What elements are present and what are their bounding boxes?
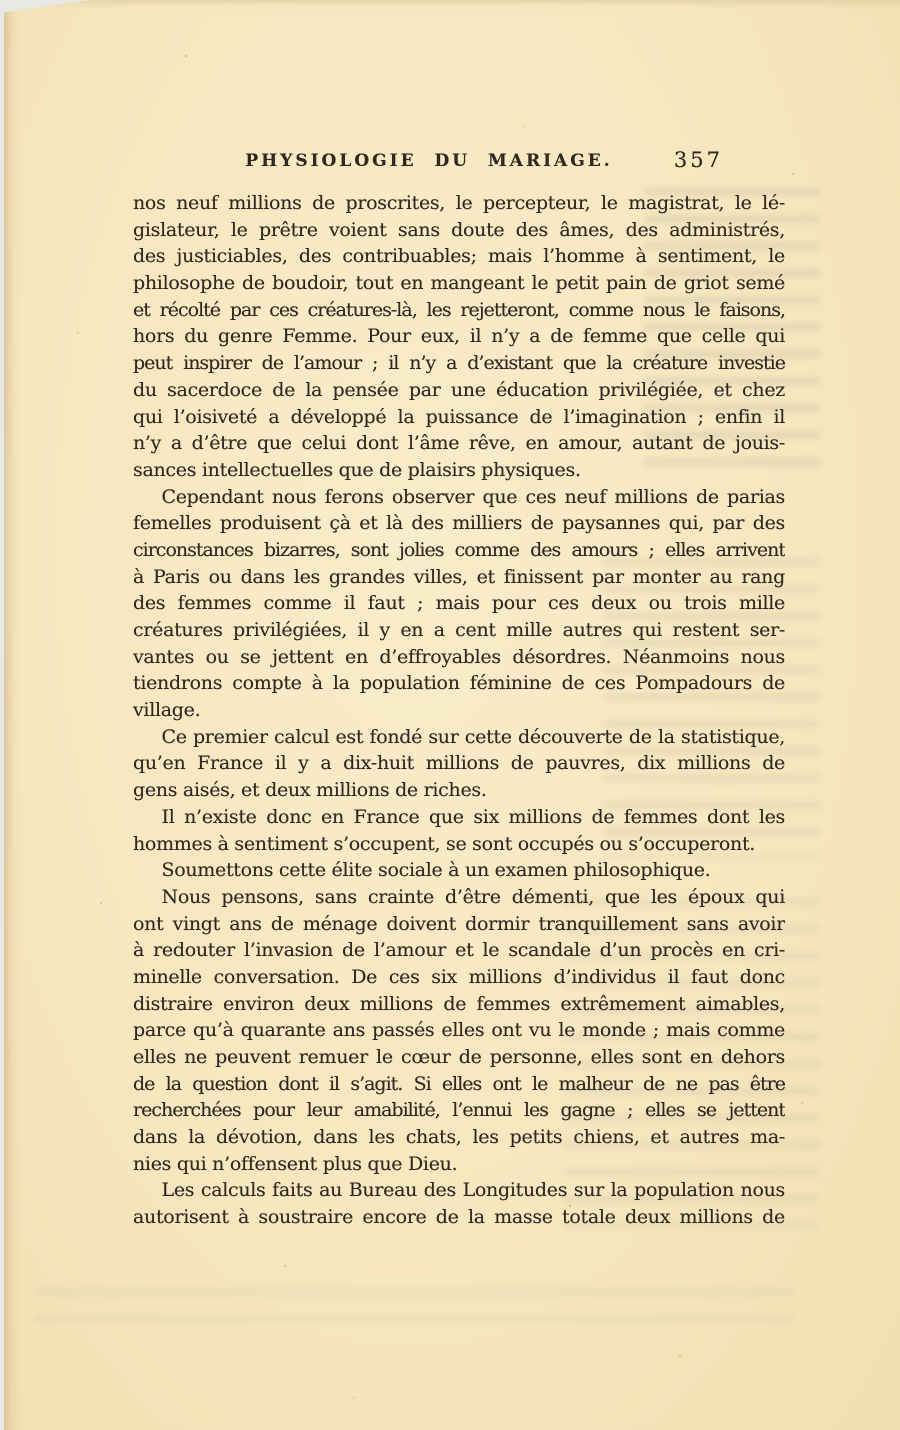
- text-line: nies qui n’offensent plus que Dieu.: [133, 1151, 785, 1178]
- paragraph: Soumettons cette élite sociale à un exam…: [133, 857, 785, 884]
- text-line: des femmes comme il faut ; mais pour ces…: [133, 590, 785, 617]
- text-line: dans la dévotion, dans les chats, les pe…: [133, 1124, 785, 1151]
- text-line: gislateur, le prêtre voient sans doute d…: [133, 217, 785, 244]
- paragraph: nos neuf millions de proscrites, le perc…: [133, 190, 785, 484]
- ink-showthrough: [34, 1288, 794, 1322]
- text-line: distraire environ deux millions de femme…: [133, 991, 785, 1018]
- text-line: qu’en France il y a dix-huit millions de…: [133, 750, 785, 777]
- text-line: Ce premier calcul est fondé sur cette dé…: [133, 724, 785, 751]
- text-line: des justiciables, des contribuables; mai…: [133, 243, 785, 270]
- scanner-background: PHYSIOLOGIE DU MARIAGE. 357 nos neuf mil…: [0, 0, 900, 1430]
- text-line: de la question dont il s’agit. Si elles …: [133, 1071, 785, 1098]
- text-line: qui l’oisiveté a développé la puissance …: [133, 404, 785, 431]
- text-line: parce qu’à quarante ans passés elles ont…: [133, 1017, 785, 1044]
- page-number: 357: [674, 148, 723, 172]
- text-line: nos neuf millions de proscrites, le perc…: [133, 190, 785, 217]
- text-line: à Paris ou dans les grandes villes, et f…: [133, 564, 785, 591]
- body-text: nos neuf millions de proscrites, le perc…: [133, 190, 785, 1231]
- text-line: Il n’existe donc en France que six milli…: [133, 804, 785, 831]
- text-line: du sacerdoce de la pensée par une éducat…: [133, 377, 785, 404]
- paragraph: Cependant nous ferons observer que ces n…: [133, 484, 785, 724]
- book-page: PHYSIOLOGIE DU MARIAGE. 357 nos neuf mil…: [4, 0, 900, 1430]
- text-line: minelle conversation. De ces six million…: [133, 964, 785, 991]
- running-head: PHYSIOLOGIE DU MARIAGE. 357: [133, 151, 785, 177]
- text-line: hors du genre Femme. Pour eux, il n’y a …: [133, 323, 785, 350]
- text-line: village.: [133, 697, 785, 724]
- text-line: peut inspirer de l’amour ; il n’y a d’ex…: [133, 350, 785, 377]
- page-title: PHYSIOLOGIE DU MARIAGE.: [245, 151, 612, 171]
- text-line: circonstances bizarres, sont jolies comm…: [133, 537, 785, 564]
- paragraph: Ce premier calcul est fondé sur cette dé…: [133, 724, 785, 804]
- text-line: sances intellectuelles que de plaisirs p…: [133, 457, 785, 484]
- page-content: PHYSIOLOGIE DU MARIAGE. 357 nos neuf mil…: [133, 0, 785, 1231]
- text-line: gens aisés, et deux millions de riches.: [133, 777, 785, 804]
- text-line: hommes à sentiment s’occupent, se sont o…: [133, 831, 785, 858]
- text-line: autorisent à soustraire encore de la mas…: [133, 1204, 785, 1231]
- text-line: vantes ou se jettent en d’effroyables dé…: [133, 644, 785, 671]
- text-line: créatures privilégiées, il y en a cent m…: [133, 617, 785, 644]
- text-line: philosophe de boudoir, tout en mangeant …: [133, 270, 785, 297]
- text-line: Nous pensons, sans crainte d’être dément…: [133, 884, 785, 911]
- paragraph: Il n’existe donc en France que six milli…: [133, 804, 785, 857]
- text-line: et récolté par ces créatures-là, les rej…: [133, 297, 785, 324]
- text-line: n’y a d’être que celui dont l’âme rêve, …: [133, 430, 785, 457]
- text-line: recherchées pour leur amabilité, l’ennui…: [133, 1097, 785, 1124]
- text-line: Les calculs faits au Bureau des Longitud…: [133, 1177, 785, 1204]
- paragraph: Les calculs faits au Bureau des Longitud…: [133, 1177, 785, 1230]
- text-line: tiendrons compte à la population féminin…: [133, 670, 785, 697]
- text-line: ont vingt ans de ménage doivent dormir t…: [133, 911, 785, 938]
- text-line: femelles produisent çà et là des millier…: [133, 510, 785, 537]
- text-line: elles ne peuvent remuer le cœur de perso…: [133, 1044, 785, 1071]
- text-line: Soumettons cette élite sociale à un exam…: [133, 857, 785, 884]
- paragraph: Nous pensons, sans crainte d’être dément…: [133, 884, 785, 1178]
- text-line: à redouter l’invasion de l’amour et le s…: [133, 937, 785, 964]
- text-line: Cependant nous ferons observer que ces n…: [133, 484, 785, 511]
